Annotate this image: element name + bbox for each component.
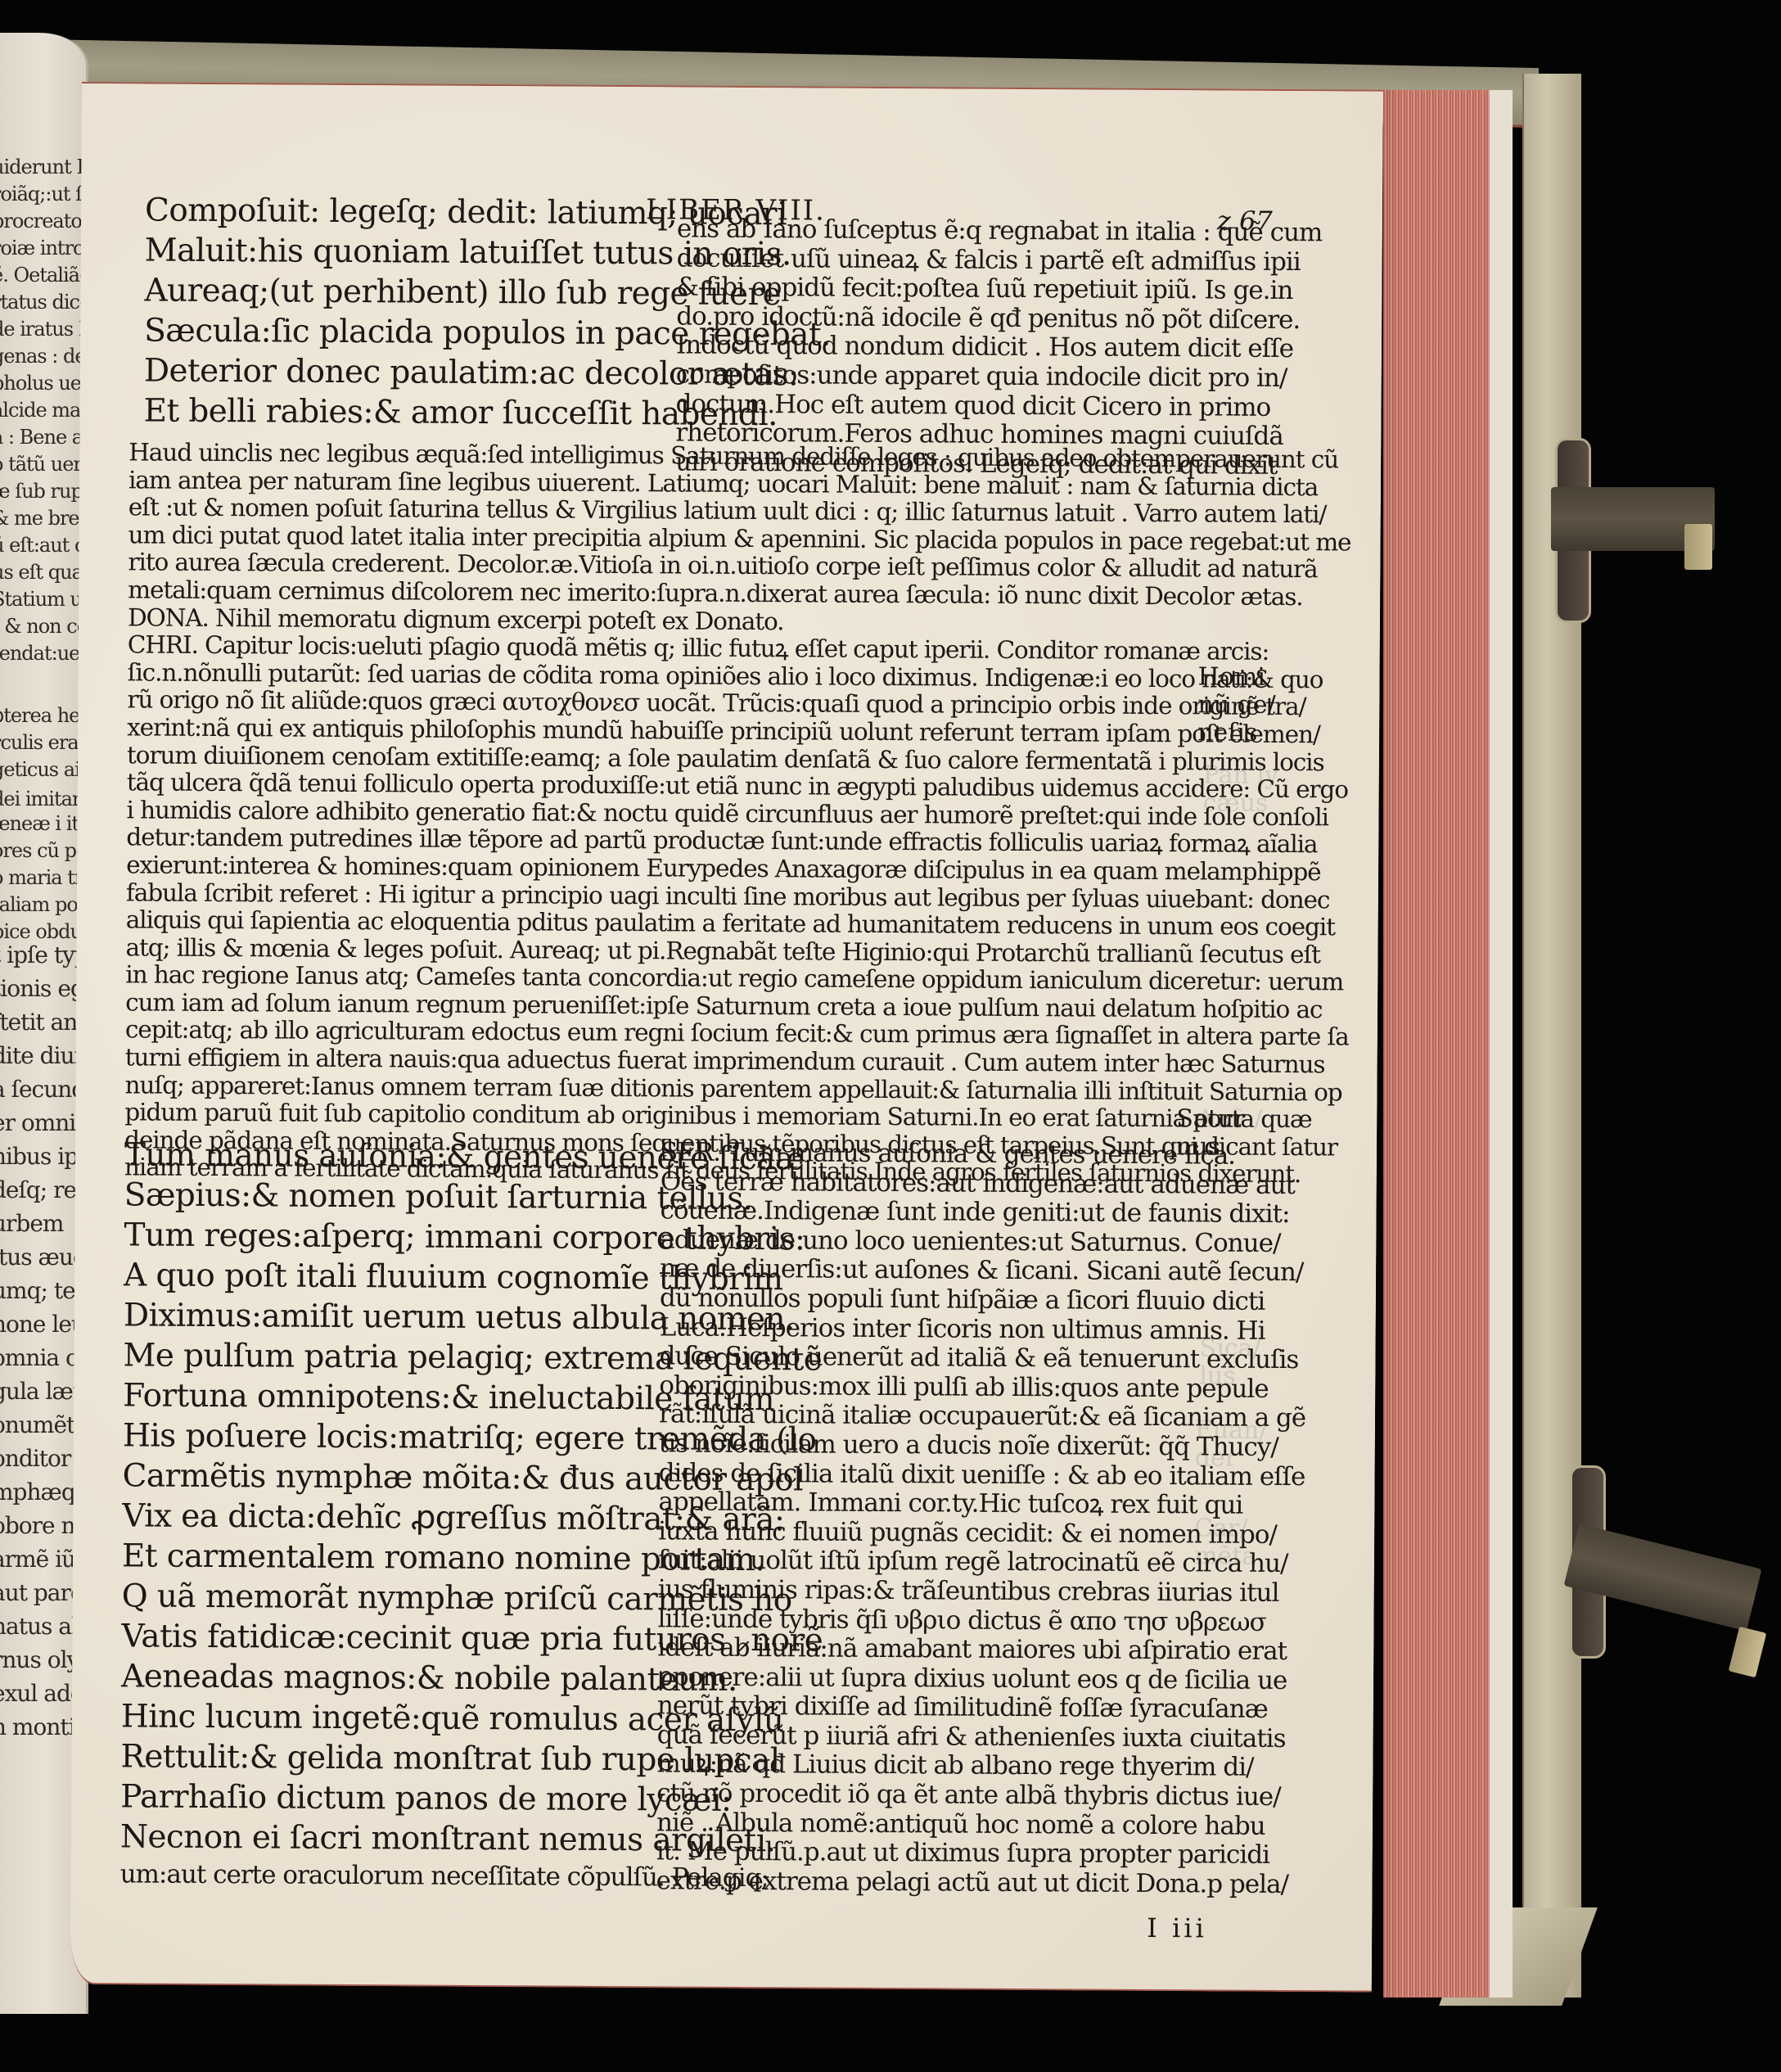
left-page-text-fragment: a : Bene ad leonem xyxy=(0,426,88,449)
left-page-text-fragment: rculis erat ppetui xyxy=(0,731,88,754)
signature-mark: I iii xyxy=(1147,1912,1207,1943)
commentary-line: dũ nõnullos populi ſunt hiſpãiæ a ſicori… xyxy=(660,1284,1306,1316)
upper-clasp-brass-tip-icon xyxy=(1684,524,1712,570)
commentary-full-width: Haud uinclis nec legibus æquã:ſed intell… xyxy=(124,439,1352,1189)
marginal-note-hominum-genesis: Homi nũ ge/ neſis xyxy=(1197,663,1276,747)
lower-clasp-brass-tip-icon xyxy=(1729,1627,1767,1678)
left-page-text-fragment: rtatus dicẽs ab her xyxy=(0,291,88,314)
commentary-line: næ de diuerſis:ut auſones & ſicani. Sica… xyxy=(660,1255,1306,1288)
left-page-text-fragment: itus æuo xyxy=(0,1244,86,1271)
left-page-text-fragment: t & non comeſum xyxy=(0,615,88,638)
commentary-line: cõuenæ.Indigenæ ſunt inde geniti:ut de f… xyxy=(660,1197,1306,1230)
left-page-text-fragment: urbem xyxy=(0,1210,63,1237)
commentary-line: & ſibi oppidũ fecit:poſtea ſuũ repetiuit… xyxy=(676,273,1322,306)
left-page-text-fragment: t ipſe typhœus xyxy=(0,941,88,968)
commentary-line: ſuit:alii uolũt iſtũ ipſum regẽ latrocin… xyxy=(658,1546,1305,1579)
left-page-text-fragment: æ ſub rupe nemea xyxy=(0,480,88,503)
commentary-line: duce Siculo uenerũt ad italiã & eã tenue… xyxy=(659,1342,1305,1375)
left-page-text-fragment: ſtetit anguis. xyxy=(0,1009,88,1036)
left-page-text-fragment: Statium uiuus de xyxy=(0,588,88,611)
left-page-text-fragment: us eſt quaſi κρεοβο xyxy=(0,561,88,584)
commentary-column-top-right: ens ab Iano ſuſceptus ẽ:q regnabat in it… xyxy=(675,214,1322,481)
commentary-column-bottom-right: SER. Tum manus auſonia & gentes uenere ſ… xyxy=(656,1138,1307,1899)
commentary-line: extre.p extrema pelagi actũ aut ut dicit… xyxy=(656,1867,1302,1899)
commentary-line: tis noĩe:ſicilam uero a ducis noĩe dixer… xyxy=(659,1429,1305,1462)
left-page-text-fragment: alcide magni phole xyxy=(0,399,88,422)
recto-page: LIBER VIII. z 67 Pan ly cæus Auſo/ Sica/… xyxy=(70,82,1383,1993)
left-page-text-fragment: ores cũ poculis non xyxy=(0,839,88,862)
left-page-text-fragment: uiderunt Hercu xyxy=(0,156,88,178)
vellum-cover-spine-edge xyxy=(1522,74,1581,1998)
marginal-note-saturnus: Satur nus xyxy=(1176,1105,1246,1162)
left-page-text-fragment: & me breues ſunt xyxy=(0,507,88,530)
left-page-text-fragment: tendat:uel quia troia xyxy=(0,642,88,665)
left-page-text-fragment: roiæ introduxerit xyxy=(0,237,88,260)
left-page-text-fragment: de iratus Hercules xyxy=(0,318,88,341)
commentary-line: appellatam. Immani cor.ty.Hic tuſcoꝝ rex… xyxy=(658,1487,1305,1520)
commentary-line: ius fluminis ripas:& trãſeuntibus crebra… xyxy=(658,1575,1305,1608)
left-page-text-fragment: ꝑterea herculeos xyxy=(0,704,88,727)
commentary-line: rãt:iſulã uicinã italiæ occupauerũt:& eã… xyxy=(659,1401,1305,1433)
commentary-line: compoſitos:unde apparet quia indocile di… xyxy=(676,360,1322,393)
left-page-text-fragment: procreatos:& heſio xyxy=(0,210,88,232)
left-page-text-fragment: æneæ i itala cõſtitu xyxy=(0,812,88,835)
left-page-text-fragment: o maria trãſierẽt xyxy=(0,866,88,889)
left-page-text-fragment: o tãtũ uerbo utrum xyxy=(0,453,88,476)
commentary-line: ideſt ab iiuria:nã amabant maiores ubi a… xyxy=(657,1633,1304,1666)
left-page-text-fragment: ũ eſt:aut certe illud xyxy=(0,534,88,557)
left-page-text-fragment: roiãq;:ut ſupra di/ xyxy=(0,183,88,205)
commentary-line: Indoctũ quod nondum didicit . Hos autem … xyxy=(676,332,1322,364)
commentary-line: ens ab Iano ſuſceptus ẽ:q regnabat in it… xyxy=(677,214,1323,247)
left-page-text-fragment: pholus uero hercu xyxy=(0,372,88,395)
left-page-text-fragment: pice obduxiſſe. xyxy=(0,920,88,943)
left-page-text-fragment: dei imitarent;quoꝺ xyxy=(0,785,88,812)
red-stained-fore-edge xyxy=(1383,90,1513,1998)
commentary-line: it. Me pulſũ.p.aut ut diximus ſupra prop… xyxy=(656,1838,1303,1871)
left-page-text-fragment: ẽ. Oetaliãq;:euti/ xyxy=(0,264,88,287)
left-page-text-fragment: taliam poculum hoc xyxy=(0,893,88,916)
fore-edge-shadow xyxy=(1383,90,1400,1998)
commentary-line: nerũt tybri dixiſſe ad ſimilitudinẽ foſſ… xyxy=(657,1692,1304,1725)
left-page-text-fragment: geticus ait obſeruaũ xyxy=(0,758,88,781)
left-page-text-fragment: tionis egentem xyxy=(0,975,88,1002)
left-page-text-fragment: genas : de ixione & xyxy=(0,345,88,368)
commentary-line: ctũ nõ procedit iõ qa ẽt ante albã thybr… xyxy=(656,1779,1303,1812)
